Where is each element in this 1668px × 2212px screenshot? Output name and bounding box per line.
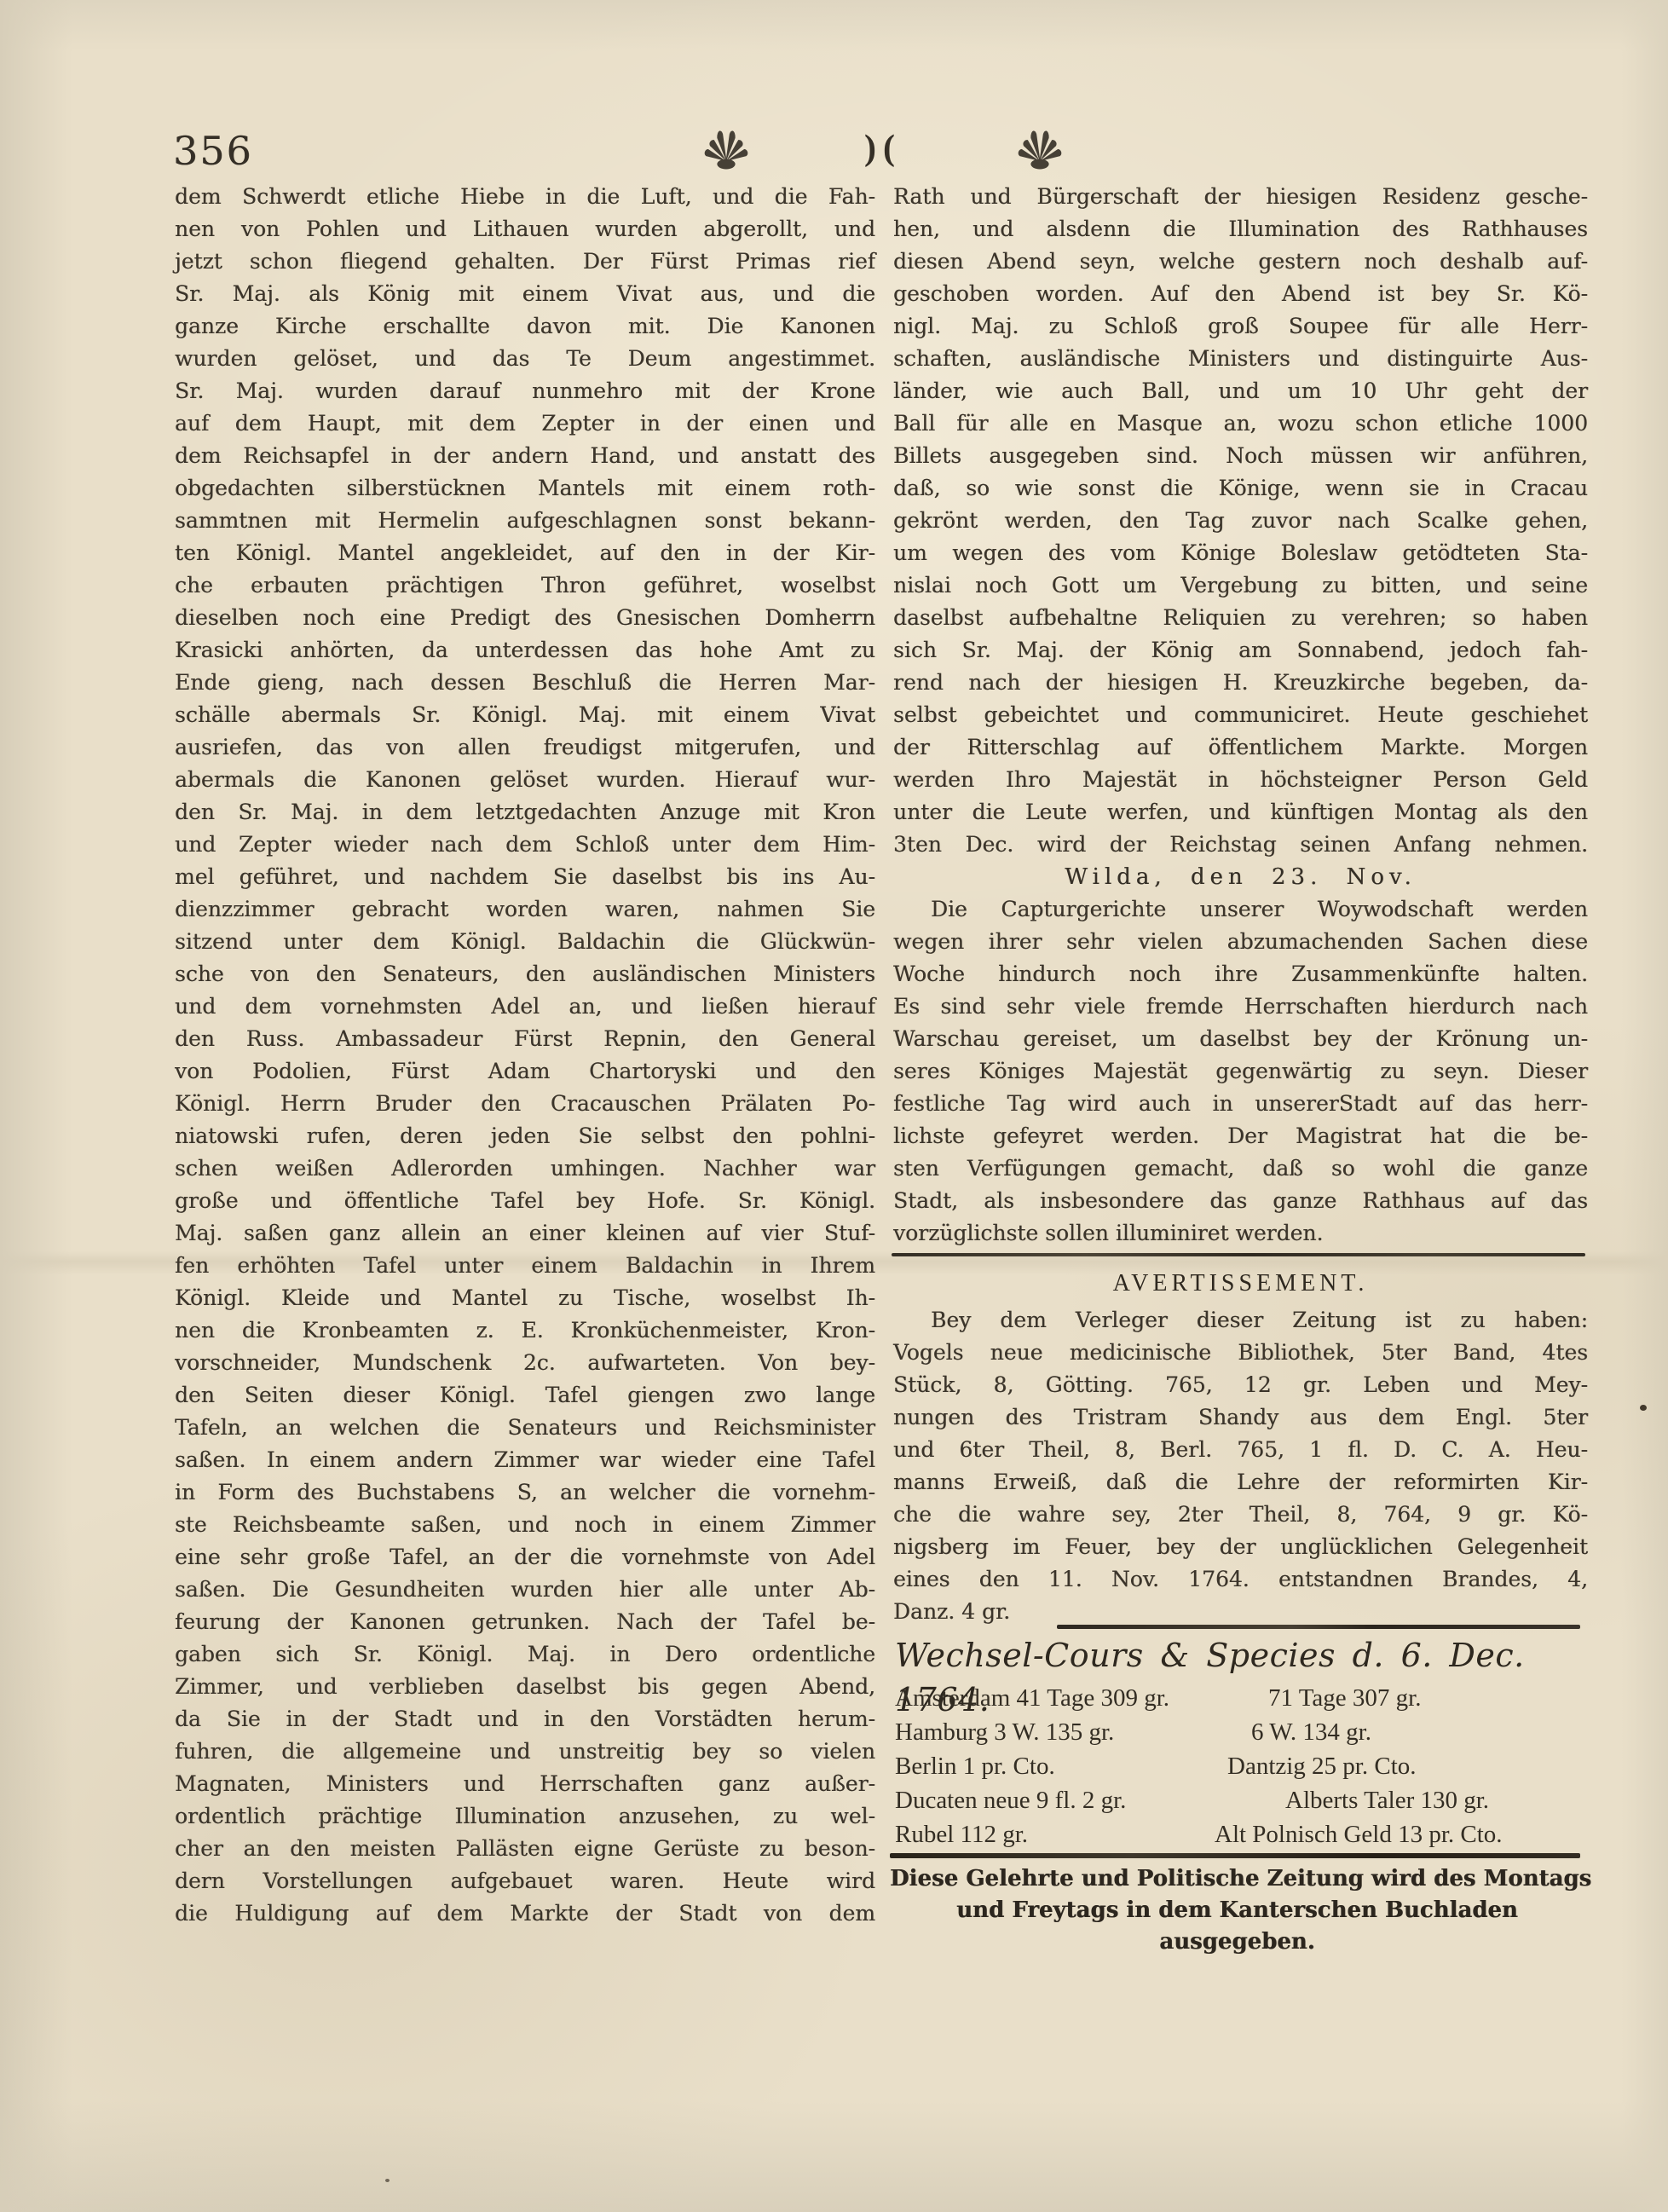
table-row: Ducaten neue 9 fl. 2 gr. Alberts Taler 1… <box>895 1783 1588 1817</box>
exchange-rate-left: Hamburg 3 W. 135 gr. <box>895 1718 1114 1746</box>
avertissement-text: Bey dem Verleger dieser Zeitung ist zu h… <box>893 1304 1588 1628</box>
wechsel-cours-table: Amsterdam 41 Tage 309 gr. 71 Tage 307 gr… <box>895 1681 1588 1851</box>
table-row: Berlin 1 pr. Cto. Dantzig 25 pr. Cto. <box>895 1749 1588 1783</box>
ink-speck <box>385 2179 390 2182</box>
wechsel-cours-heading: Wechsel-Cours & Species d. 6. Dec. 1764. <box>895 1633 1590 1678</box>
exchange-rate-left: Amsterdam 41 Tage 309 gr. <box>895 1684 1169 1712</box>
wilda-dateline-heading: Wilda, den 23. Nov. <box>893 861 1588 893</box>
shell-ornament-icon <box>1018 128 1062 172</box>
exchange-rate-left: Berlin 1 pr. Cto. <box>895 1753 1055 1780</box>
header-ornaments: )( <box>704 124 1062 176</box>
exchange-rate-left: Rubel 112 gr. <box>895 1821 1028 1848</box>
exchange-rate-left: Ducaten neue 9 fl. 2 gr. <box>895 1787 1126 1814</box>
avertissement-heading: AVERTISSEMENT. <box>893 1267 1588 1301</box>
table-row: Amsterdam 41 Tage 309 gr. 71 Tage 307 gr… <box>895 1681 1588 1715</box>
table-row: Rubel 112 gr. Alt Polnisch Geld 13 pr. C… <box>895 1817 1588 1851</box>
imprint-notice: Diese Gelehrte und Politische Zeitung wi… <box>890 1863 1584 1958</box>
krakau-report-text: Rath und Bürgerschaft der hiesigen Resid… <box>893 181 1588 861</box>
parenthesis-separator-icon: )( <box>864 128 902 169</box>
shell-ornament-icon <box>704 128 748 172</box>
exchange-rate-right: Dantzig 25 pr. Cto. <box>1227 1749 1417 1783</box>
ink-speck <box>1640 1405 1647 1411</box>
section-divider-rule <box>892 1253 1585 1256</box>
table-row: Hamburg 3 W. 135 gr. 6 W. 134 gr. <box>895 1715 1588 1749</box>
page-number: 356 <box>173 130 253 172</box>
exchange-rate-right: Alberts Taler 130 gr. <box>1285 1783 1489 1817</box>
exchange-rate-right: Alt Polnisch Geld 13 pr. Cto. <box>1215 1817 1503 1851</box>
section-divider-rule <box>1057 1625 1580 1629</box>
exchange-rate-right: 6 W. 134 gr. <box>1251 1715 1371 1749</box>
left-column-text: dem Schwerdt etliche Hiebe in die Luft, … <box>175 181 875 1930</box>
wilda-report-text: Die Capturgerichte unserer Woywodschaft … <box>893 893 1588 1250</box>
section-divider-rule <box>890 1853 1580 1858</box>
exchange-rate-right: 71 Tage 307 gr. <box>1268 1681 1421 1715</box>
newspaper-page: 356 )( <box>0 0 1668 2212</box>
